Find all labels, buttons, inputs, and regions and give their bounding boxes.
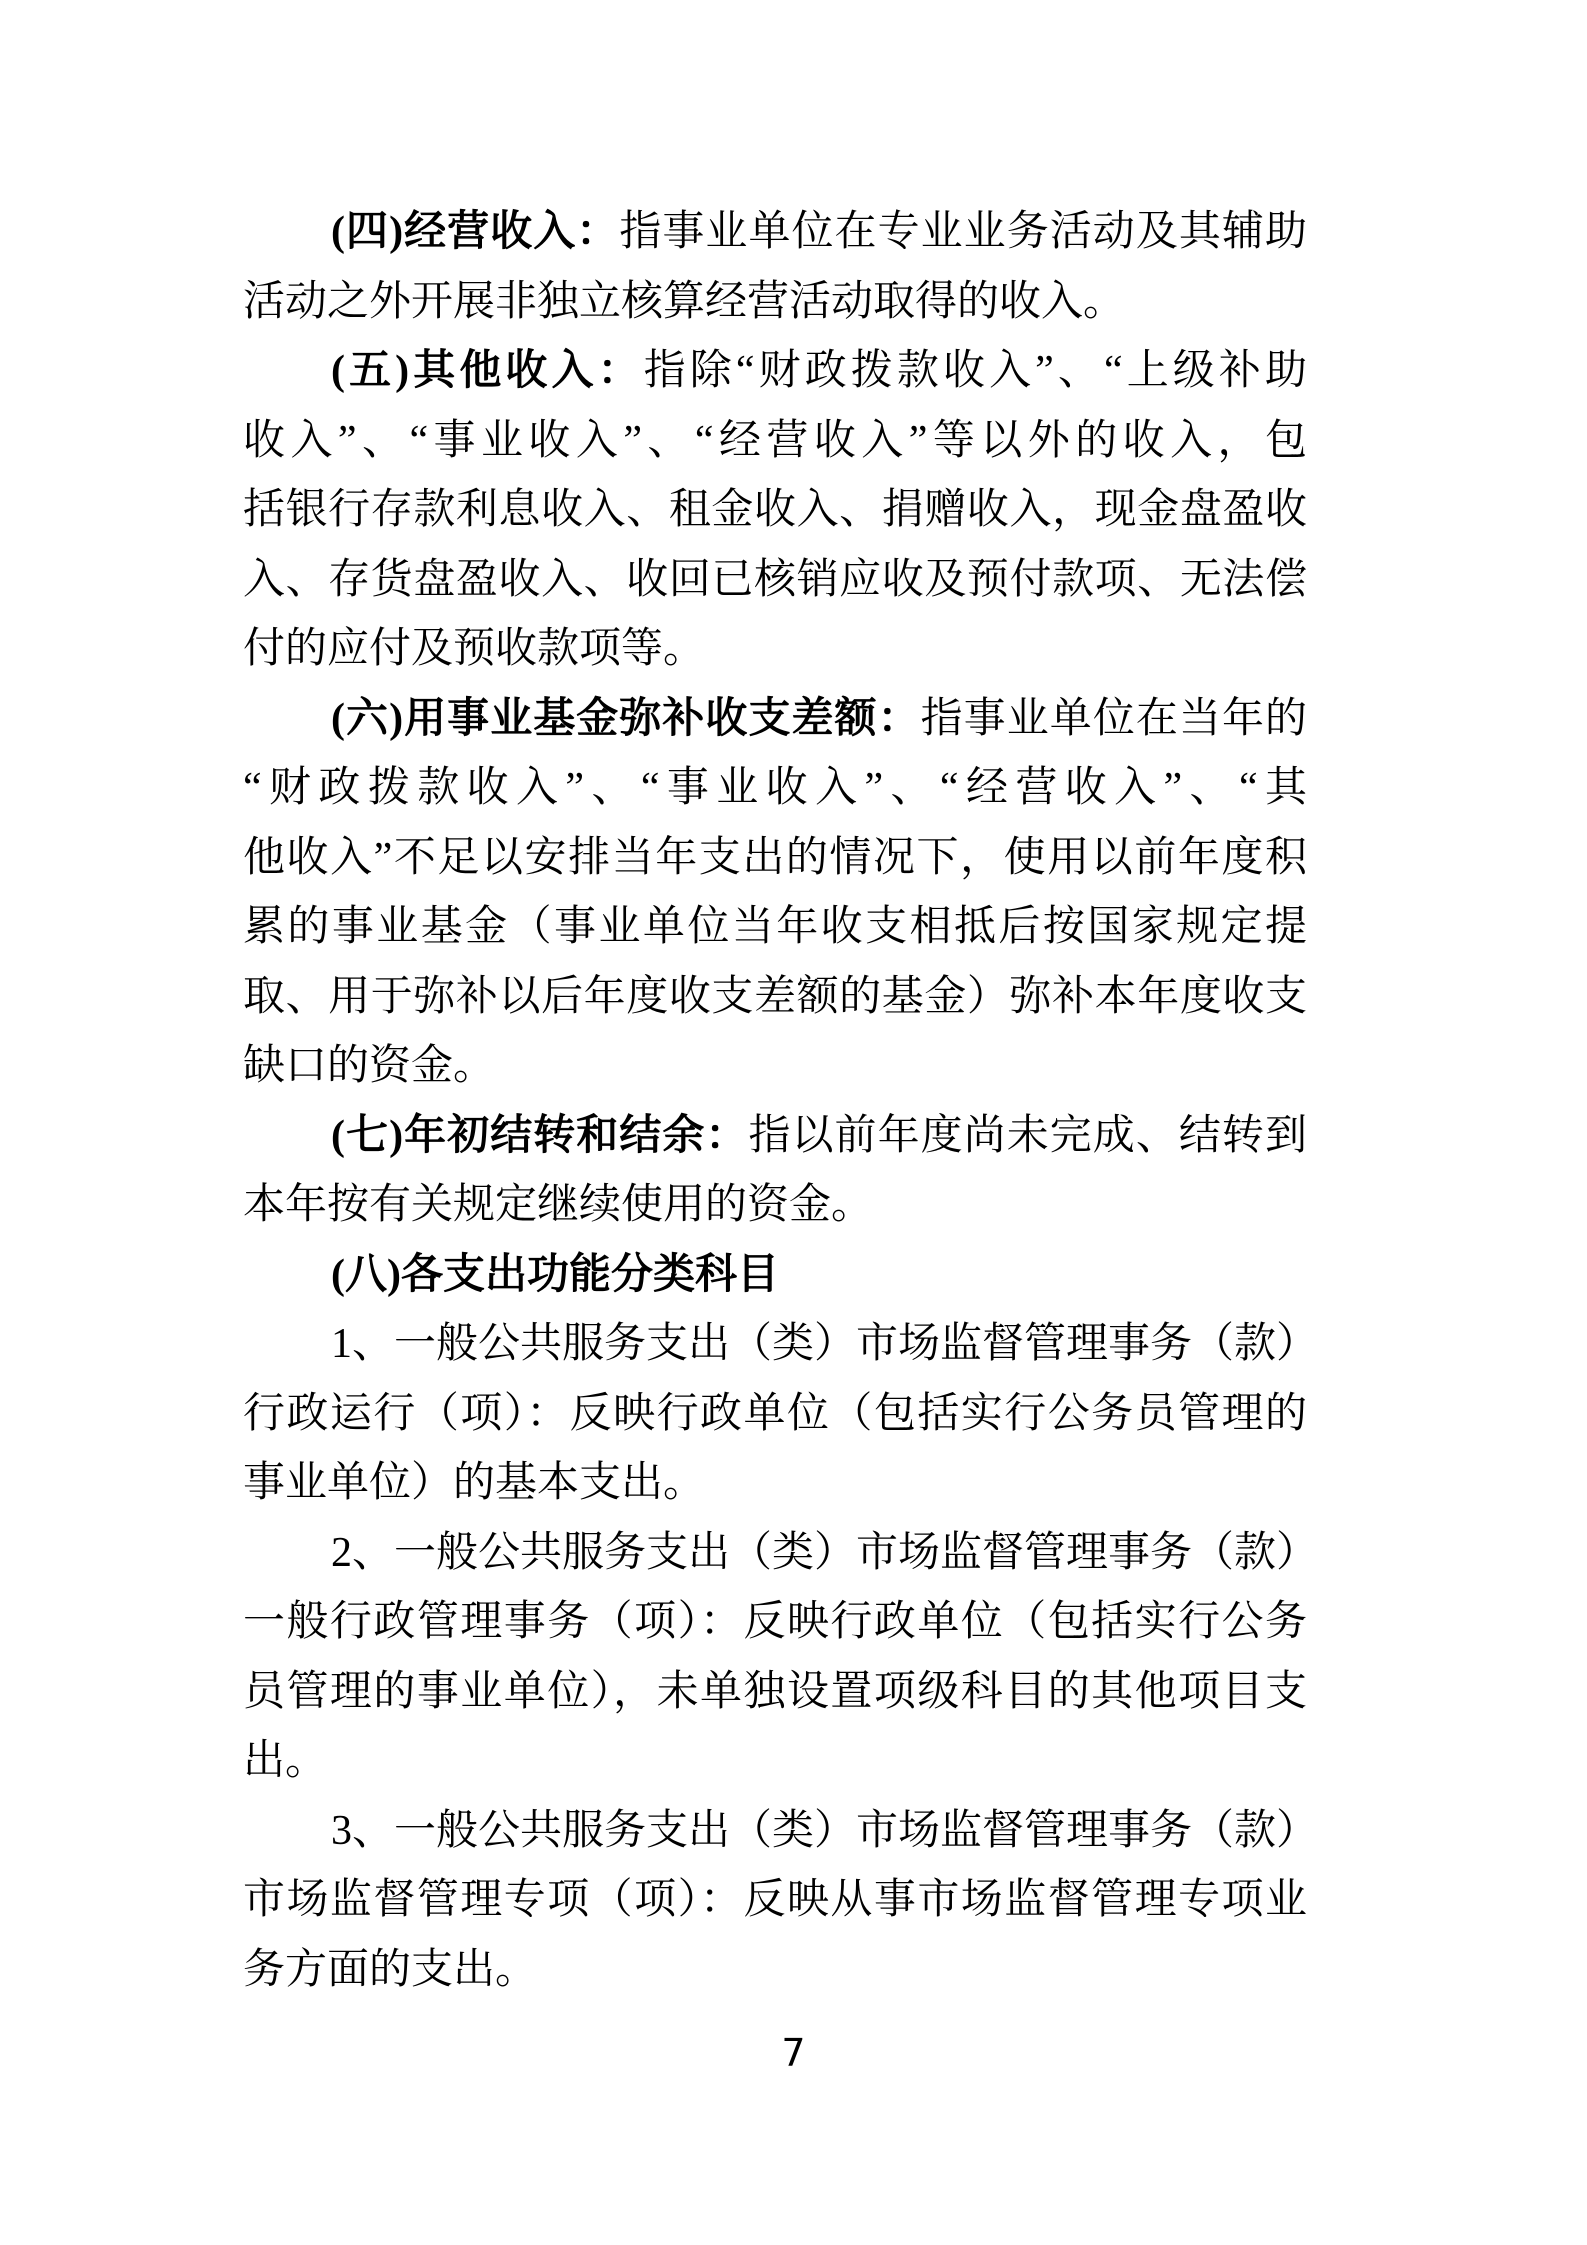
text-line: 累的事业基金（事业单位当年收支相抵后按国家规定提 <box>243 893 1307 963</box>
text-line: 缺口的资金。 <box>243 1032 1307 1102</box>
text-line: 括银行存款利息收入、租金收入、捐赠收入，现金盘盈收 <box>243 476 1307 546</box>
text-line: 他收入”不足以安排当年支出的情况下，使用以前年度积 <box>243 824 1307 894</box>
text-line: 收入”、“事业收入”、“经营收入”等以外的收入，包 <box>243 407 1307 477</box>
body-text-segment: 指事业单位在当年的 <box>921 696 1307 742</box>
text-line: 务方面的支出。 <box>243 1936 1307 2006</box>
body-text-segment: 括银行存款利息收入、租金收入、捐赠收入，现金盘盈收 <box>243 487 1307 533</box>
text-line: 1、一般公共服务支出（类）市场监督管理事务（款） <box>243 1310 1307 1380</box>
text-line: 事业单位）的基本支出。 <box>243 1449 1307 1519</box>
text-line: 入、存货盘盈收入、收回已核销应收及预付款项、无法偿 <box>243 546 1307 616</box>
body-text-segment: 3、一般公共服务支出（类）市场监督管理事务（款） <box>331 1808 1318 1854</box>
text-line: 2、一般公共服务支出（类）市场监督管理事务（款） <box>243 1519 1307 1589</box>
text-line: 活动之外开展非独立核算经营活动取得的收入。 <box>243 268 1307 338</box>
text-line: 出。 <box>243 1727 1307 1797</box>
body-text-segment: 付的应付及预收款项等。 <box>243 626 705 672</box>
text-line: (八)各支出功能分类科目 <box>243 1241 1307 1311</box>
body-text-segment: 1、一般公共服务支出（类）市场监督管理事务（款） <box>331 1321 1318 1367</box>
body-text-segment: 取、用于弥补以后年度收支差额的基金）弥补本年度收支 <box>243 974 1307 1020</box>
body-text-segment: 指以前年度尚未完成、结转到 <box>748 1113 1307 1159</box>
body-text-segment: 行政运行（项）：反映行政单位（包括实行公务员管理的 <box>243 1391 1307 1437</box>
text-line: 取、用于弥补以后年度收支差额的基金）弥补本年度收支 <box>243 963 1307 1033</box>
body-text-segment: 活动之外开展非独立核算经营活动取得的收入。 <box>243 279 1125 325</box>
text-line: 市场监督管理专项（项）：反映从事市场监督管理专项业 <box>243 1866 1307 1936</box>
text-line: 付的应付及预收款项等。 <box>243 615 1307 685</box>
text-line: 行政运行（项）：反映行政单位（包括实行公务员管理的 <box>243 1380 1307 1450</box>
text-line: 3、一般公共服务支出（类）市场监督管理事务（款） <box>243 1797 1307 1867</box>
body-text-segment: 出。 <box>243 1738 327 1784</box>
section-heading-segment: (四)经营收入： <box>331 209 619 255</box>
body-text-segment: 2、一般公共服务支出（类）市场监督管理事务（款） <box>331 1530 1318 1576</box>
text-line: 本年按有关规定继续使用的资金。 <box>243 1171 1307 1241</box>
body-text-segment: 一般行政管理事务（项）：反映行政单位（包括实行公务 <box>243 1599 1307 1645</box>
body-text-segment: 指除“财政拨款收入”、“上级补助 <box>644 348 1307 394</box>
document-page: (四)经营收入：指事业单位在专业业务活动及其辅助活动之外开展非独立核算经营活动取… <box>0 0 1587 2245</box>
text-line: (七)年初结转和结余：指以前年度尚未完成、结转到 <box>243 1102 1307 1172</box>
text-line: (六)用事业基金弥补收支差额：指事业单位在当年的 <box>243 685 1307 755</box>
body-text-segment: 指事业单位在专业业务活动及其辅助 <box>619 209 1307 255</box>
body-text-segment: 员管理的事业单位），未单独设置项级科目的其他项目支 <box>243 1669 1307 1715</box>
section-heading-segment: (八)各支出功能分类科目 <box>331 1252 779 1298</box>
section-heading-segment: (五)其他收入： <box>331 348 644 394</box>
body-text-segment: 市场监督管理专项（项）：反映从事市场监督管理专项业 <box>243 1877 1307 1923</box>
section-heading-segment: (六)用事业基金弥补收支差额： <box>331 696 921 742</box>
text-line: “财政拨款收入”、“事业收入”、“经营收入”、“其 <box>243 754 1307 824</box>
body-text-segment: 入、存货盘盈收入、收回已核销应收及预付款项、无法偿 <box>243 557 1307 603</box>
body-text-segment: 他收入”不足以安排当年支出的情况下，使用以前年度积 <box>243 835 1307 881</box>
document-body: (四)经营收入：指事业单位在专业业务活动及其辅助活动之外开展非独立核算经营活动取… <box>243 198 1307 2005</box>
body-text-segment: 缺口的资金。 <box>243 1043 495 1089</box>
body-text-segment: 累的事业基金（事业单位当年收支相抵后按国家规定提 <box>243 904 1307 950</box>
body-text-segment: 事业单位）的基本支出。 <box>243 1460 705 1506</box>
text-line: 员管理的事业单位），未单独设置项级科目的其他项目支 <box>243 1658 1307 1728</box>
body-text-segment: 务方面的支出。 <box>243 1947 537 1993</box>
page-number: 7 <box>0 2031 1587 2075</box>
section-heading-segment: (七)年初结转和结余： <box>331 1113 748 1159</box>
text-line: 一般行政管理事务（项）：反映行政单位（包括实行公务 <box>243 1588 1307 1658</box>
body-text-segment: 本年按有关规定继续使用的资金。 <box>243 1182 873 1228</box>
body-text-segment: “财政拨款收入”、“事业收入”、“经营收入”、“其 <box>243 765 1307 811</box>
body-text-segment: 收入”、“事业收入”、“经营收入”等以外的收入，包 <box>243 418 1307 464</box>
text-line: (四)经营收入：指事业单位在专业业务活动及其辅助 <box>243 198 1307 268</box>
text-line: (五)其他收入：指除“财政拨款收入”、“上级补助 <box>243 337 1307 407</box>
